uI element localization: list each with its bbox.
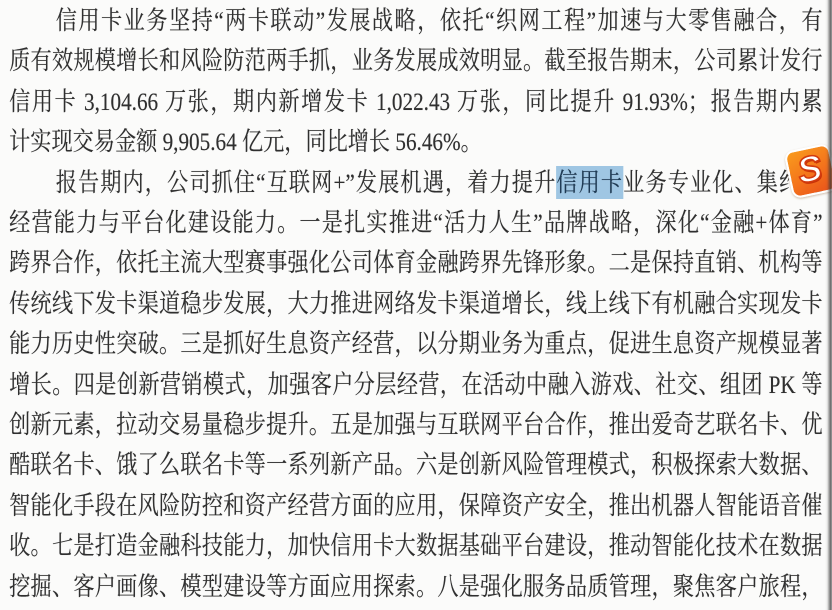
logo-letter-s: S [794,149,825,189]
text-line: 酷联名卡、饿了么联名卡等一系列新产品。六是创新风险管理模式，积极探索大数据、 [9,445,822,485]
text-run: 质有效规模增长和风险防范两手抓，业务发展成效明显。截至报告期末，公司累计发行 [9,46,822,75]
text-run: 酷联名卡、饿了么联名卡等一系列新产品。六是创新风险管理模式，积极探索大数据、 [9,450,822,479]
text-run: 信用卡业务坚持“两卡联动”发展战略，依托“织网工程”加速与大零售融合，有 [56,6,823,35]
text-run: 收。七是打造金融科技能力，加快信用卡大数据基础平台建设，推动智能化技术在数据 [9,531,822,560]
text-run: 计实现交易金额 9,905.64 亿元，同比增长 56.46%。 [9,127,482,156]
text-line: 计实现交易金额 9,905.64 亿元，同比增长 56.46%。 [9,122,822,162]
text-line: 智能化手段在风险防控和资产经营方面的应用，保障资产安全，推出机器人智能语音催 [9,486,822,526]
text-line: 质有效规模增长和风险防范两手抓，业务发展成效明显。截至报告期末，公司累计发行 [9,41,822,81]
text-run: 创新元素，拉动交易量稳步提升。五是加强与互联网平台合作，推出爱奇艺联名卡、优 [9,410,822,439]
text-line: 收。七是打造金融科技能力，加快信用卡大数据基础平台建设，推动智能化技术在数据 [9,526,822,566]
text-run: 报告期内，公司抓住“互联网+”发展机遇，着力提升 [56,168,557,197]
text-line: 报告期内，公司抓住“互联网+”发展机遇，着力提升信用卡业务专业化、集约化 [9,163,822,203]
text-run: 能力历史性突破。三是抓好生息资产经营，以分期业务为重点，促进生息资产规模显著 [9,329,822,358]
document-text: 信用卡业务坚持“两卡联动”发展战略，依托“织网工程”加速与大零售融合，有质有效规… [0,0,832,607]
text-line: 信用卡业务坚持“两卡联动”发展战略，依托“织网工程”加速与大零售融合，有 [9,1,822,41]
text-line: 挖掘、客户画像、模型建设等方面应用探索。八是强化服务品质管理，聚焦客户旅程， [9,567,822,607]
text-line: 增长。四是创新营销模式，加强客户分层经营，在活动中融入游戏、社交、组团 PK 等 [9,365,822,405]
text-line: 能力历史性突破。三是抓好生息资产经营，以分期业务为重点，促进生息资产规模显著 [9,324,822,364]
text-run: 智能化手段在风险防控和资产经营方面的应用，保障资产安全，推出机器人智能语音催 [9,491,822,520]
text-run: 增长。四是创新营销模式，加强客户分层经营，在活动中融入游戏、社交、组团 PK 等 [9,370,822,399]
text-run: 跨界合作，依托主流大型赛事强化公司体育金融跨界先锋形象。二是保持直销、机构等 [9,248,822,277]
highlighted-term: 信用卡 [556,166,623,199]
text-line: 传统线下发卡渠道稳步发展，大力推进网络发卡渠道增长，线上线下有机融合实现发卡 [9,284,822,324]
text-line: 信用卡 3,104.66 万张，期内新增发卡 1,022.43 万张，同比提升 … [9,82,822,122]
sogou-screenshot-logo: S [784,143,832,200]
text-run: 传统线下发卡渠道稳步发展，大力推进网络发卡渠道增长，线上线下有机融合实现发卡 [9,289,822,318]
text-run: 经营能力与平台化建设能力。一是扎实推进“活力人生”品牌战略，深化“金融+体育” [9,208,822,237]
text-run: 挖掘、客户画像、模型建设等方面应用探索。八是强化服务品质管理，聚焦客户旅程， [9,572,822,601]
text-line: 跨界合作，依托主流大型赛事强化公司体育金融跨界先锋形象。二是保持直销、机构等 [9,243,822,283]
text-line: 创新元素，拉动交易量稳步提升。五是加强与互联网平台合作，推出爱奇艺联名卡、优 [9,405,822,445]
text-line: 经营能力与平台化建设能力。一是扎实推进“活力人生”品牌战略，深化“金融+体育” [9,203,822,243]
text-run: 信用卡 3,104.66 万张，期内新增发卡 1,022.43 万张，同比提升 … [9,87,822,116]
